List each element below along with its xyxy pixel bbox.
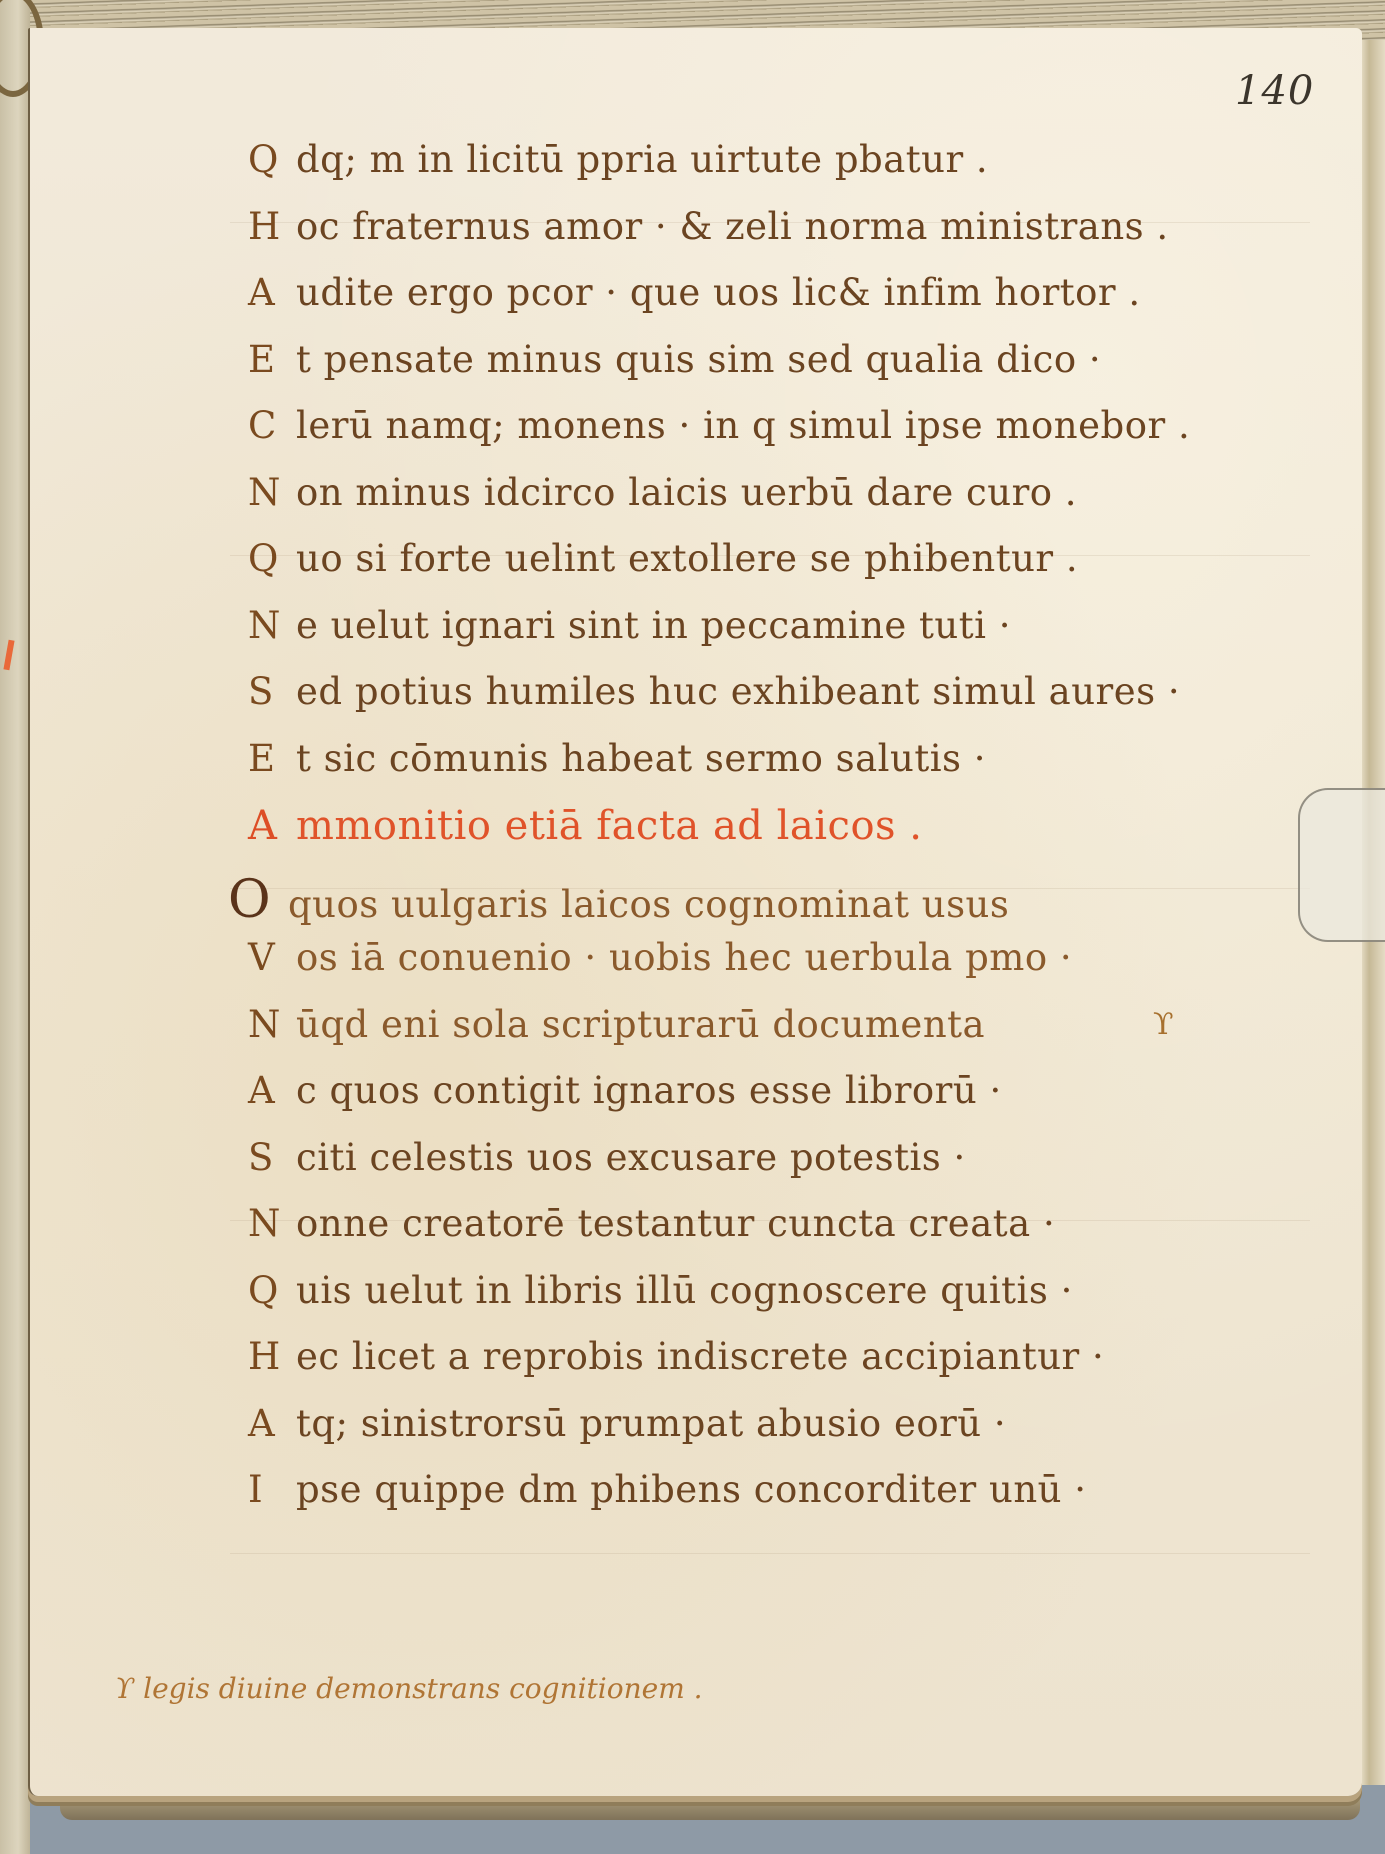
initial-letter: E	[248, 737, 296, 780]
verse-line: Hoc fraternus amor · & zeli norma minist…	[248, 205, 1338, 272]
rubric-initial: A	[248, 803, 296, 849]
initial-letter: V	[248, 936, 296, 979]
verse-text-block: Qdq; m in licitū ppria uirtute pbatur . …	[248, 138, 1338, 1535]
line-text: citi celestis uos excusare potestis ·	[296, 1136, 966, 1179]
initial-letter: N	[248, 1202, 296, 1245]
line-text: tq; sinistrorsū prumpat abusio eorū ·	[296, 1402, 1006, 1445]
line-text: ūqd eni sola scripturarū documenta	[296, 1003, 985, 1046]
verse-line: Ne uelut ignari sint in peccamine tuti ·	[248, 604, 1338, 671]
verse-line: Nonne creatorē testantur cuncta creata ·	[248, 1202, 1338, 1269]
initial-letter: Q	[248, 537, 296, 580]
line-text: t sic cōmunis habeat sermo salutis ·	[296, 737, 986, 780]
verse-line: Ipse quippe dm phibens concorditer unū ·	[248, 1468, 1338, 1535]
verse-line: Non minus idcirco laicis uerbū dare curo…	[248, 471, 1338, 538]
verse-line: Hec licet a reprobis indiscrete accipian…	[248, 1335, 1338, 1402]
line-text: uis uelut in libris illū cognoscere quit…	[296, 1269, 1073, 1312]
initial-letter: N	[248, 1003, 296, 1046]
rubric-heading: Ammonitio etiā facta ad laicos .	[248, 803, 1338, 870]
verse-line: Vos iā conuenio · uobis hec uerbula pmo …	[248, 936, 1338, 1003]
initial-letter: H	[248, 205, 296, 248]
ruling-line	[230, 1553, 1310, 1554]
verse-line: Nūqd eni sola scripturarū documentaϒ	[248, 1003, 1338, 1070]
line-text: t pensate minus quis sim sed qualia dico…	[296, 338, 1101, 381]
page-clip	[1298, 788, 1385, 942]
verse-line: Ac quos contigit ignaros esse librorū ·	[248, 1069, 1338, 1136]
initial-letter: Q	[248, 138, 296, 181]
verse-line: Sciti celestis uos excusare potestis ·	[248, 1136, 1338, 1203]
line-text: os iā conuenio · uobis hec uerbula pmo ·	[296, 936, 1072, 979]
initial-letter: C	[248, 404, 296, 447]
line-text: c quos contigit ignaros esse librorū ·	[296, 1069, 1002, 1112]
initial-letter: E	[248, 338, 296, 381]
line-text: ec licet a reprobis indiscrete accipiant…	[296, 1335, 1104, 1378]
initial-letter: S	[248, 670, 296, 713]
initial-letter: N	[248, 471, 296, 514]
verse-line: Qdq; m in licitū ppria uirtute pbatur .	[248, 138, 1338, 205]
verse-line: Quis uelut in libris illū cognoscere qui…	[248, 1269, 1338, 1336]
folio-number: 140	[1235, 68, 1314, 114]
initial-letter: Q	[248, 1269, 296, 1312]
initial-letter: N	[248, 604, 296, 647]
line-text: quos uulgaris laicos cognominat usus	[288, 883, 1009, 926]
initial-letter: A	[248, 1402, 296, 1445]
rubric-text: mmonitio etiā facta ad laicos .	[296, 803, 923, 849]
line-text: uo si forte uelint extollere se phibentu…	[296, 537, 1078, 580]
initial-letter: A	[248, 1069, 296, 1112]
initial-letter: A	[248, 271, 296, 314]
initial-letter: H	[248, 1335, 296, 1378]
line-text: onne creatorē testantur cuncta creata ·	[296, 1202, 1055, 1245]
line-text: e uelut ignari sint in peccamine tuti ·	[296, 604, 1011, 647]
initial-letter: I	[248, 1468, 296, 1511]
verse-line: Et sic cōmunis habeat sermo salutis ·	[248, 737, 1338, 804]
line-text: on minus idcirco laicis uerbū dare curo …	[296, 471, 1077, 514]
verse-line: Oquos uulgaris laicos cognominat ususXVI…	[248, 870, 1338, 937]
large-initial-o: O	[228, 870, 288, 930]
line-text: udite ergo pcor · que uos lic& infim hor…	[296, 271, 1141, 314]
verse-line: Sed potius humiles huc exhibeant simul a…	[248, 670, 1338, 737]
verse-line: Quo si forte uelint extollere se phibent…	[248, 537, 1338, 604]
verse-line: Atq; sinistrorsū prumpat abusio eorū ·	[248, 1402, 1338, 1469]
marginal-footnote: ϒ legis diuine demonstrans cognitionem .	[115, 1672, 703, 1705]
line-text: dq; m in licitū ppria uirtute pbatur .	[296, 138, 988, 181]
initial-letter: S	[248, 1136, 296, 1179]
line-text: oc fraternus amor · & zeli norma ministr…	[296, 205, 1169, 248]
insertion-mark-icon: ϒ	[1153, 1007, 1174, 1042]
verse-line: Et pensate minus quis sim sed qualia dic…	[248, 338, 1338, 405]
verse-line: Audite ergo pcor · que uos lic& infim ho…	[248, 271, 1338, 338]
left-facing-leaf	[0, 0, 30, 1854]
line-text: ed potius humiles huc exhibeant simul au…	[296, 670, 1180, 713]
line-text: pse quippe dm phibens concorditer unū ·	[296, 1468, 1087, 1511]
line-text: lerū namq; monens · in q simul ipse mone…	[296, 404, 1190, 447]
verse-line: Clerū namq; monens · in q simul ipse mon…	[248, 404, 1338, 471]
page-stack-bottom-edge	[60, 1800, 1360, 1820]
